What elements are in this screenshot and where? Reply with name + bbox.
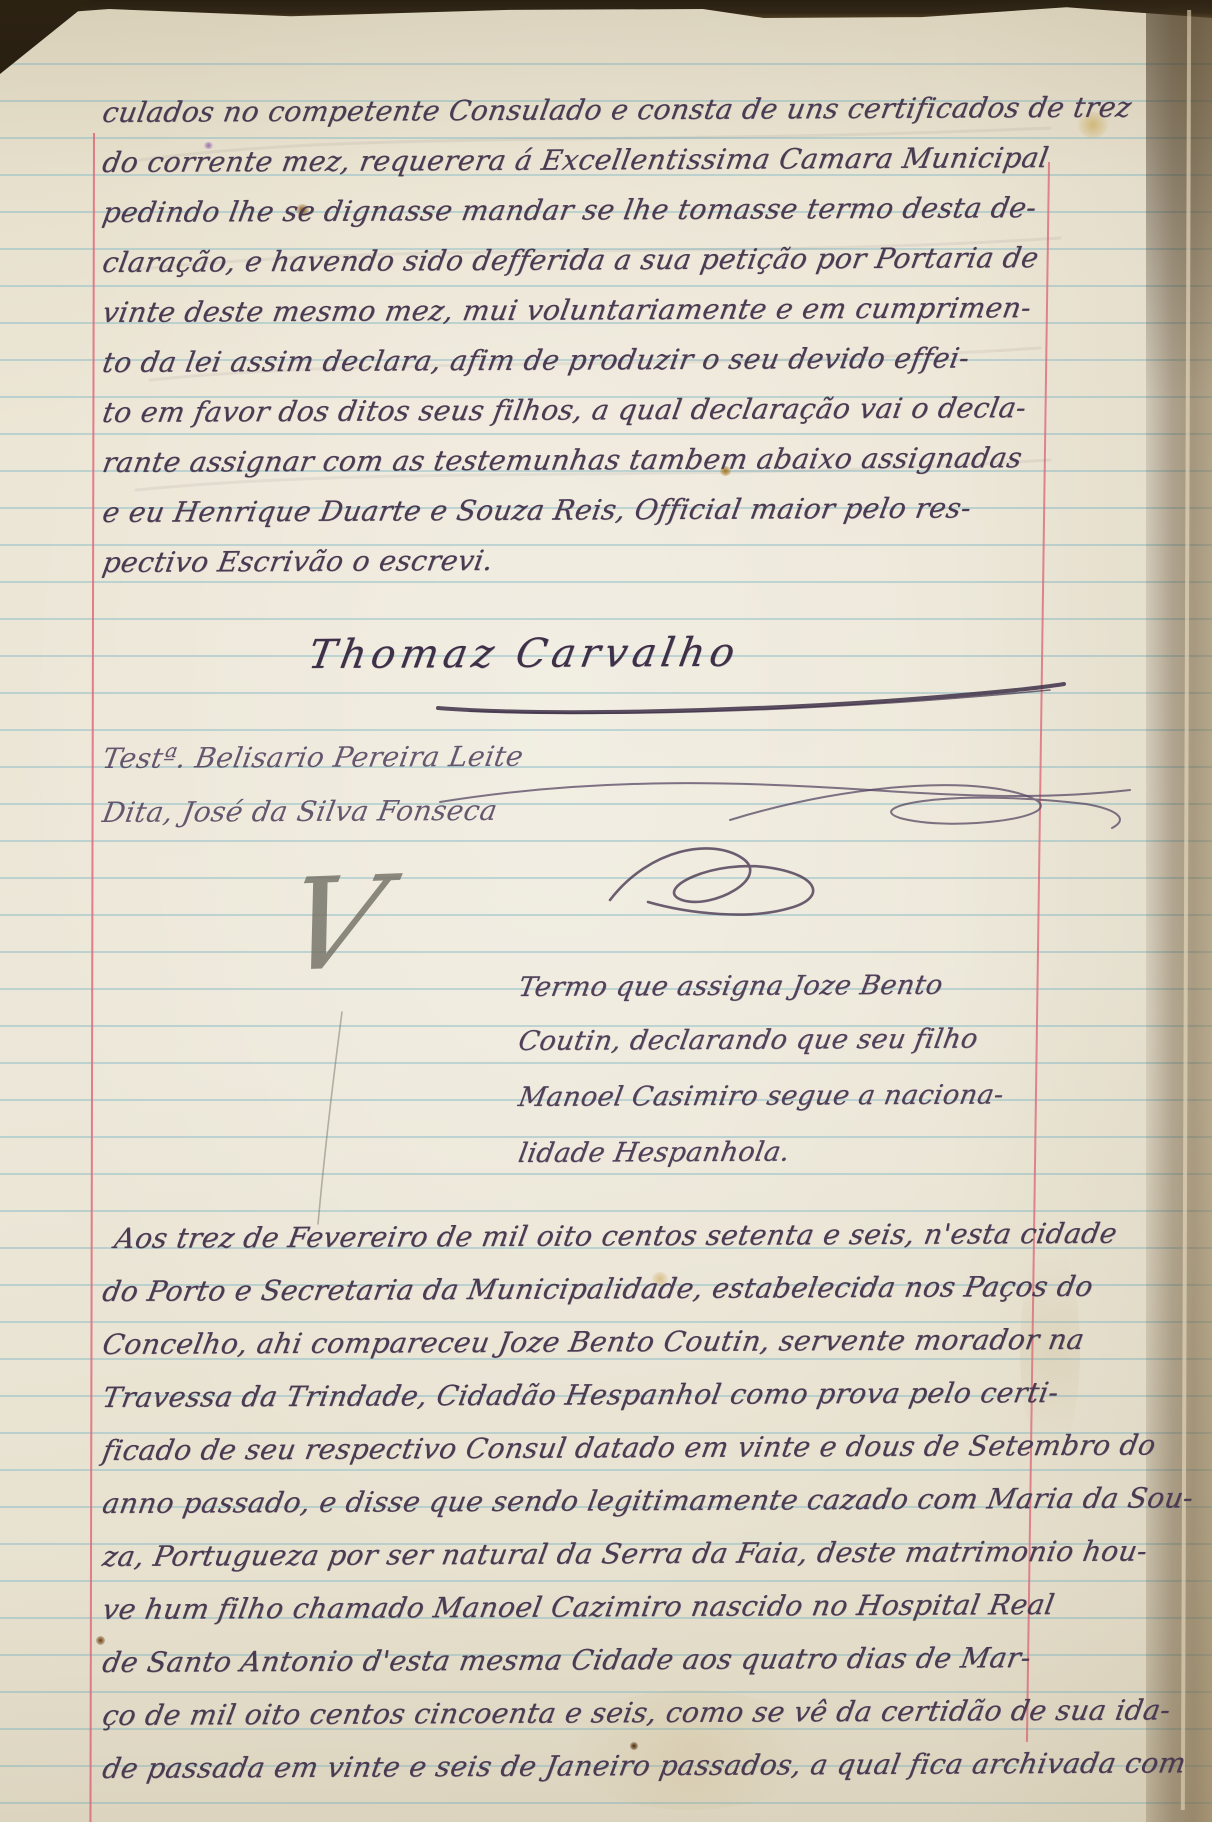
- pencil-tail-stroke: [300, 1008, 360, 1228]
- manuscript-line: e eu Henrique Duarte e Souza Reis, Offic…: [100, 491, 974, 529]
- margin-note-line: Termo que assigna Joze Bento: [516, 970, 945, 1003]
- manuscript-line: pectivo Escrivão o escrevi.: [100, 544, 496, 579]
- page-top-edge: [0, 0, 1212, 18]
- manuscript-line: de Santo Antonio d'esta mesma Cidade aos…: [100, 1641, 1034, 1679]
- manuscript-line: pedindo lhe se dignasse mandar se lhe to…: [100, 191, 1039, 229]
- page-right-edge: [1146, 0, 1212, 1822]
- manuscript-line: za, Portugueza por ser natural da Serra …: [100, 1535, 1150, 1573]
- manuscript-line: to em favor dos ditos seus filhos, a qua…: [100, 391, 1029, 429]
- manuscript-line: Travessa da Trindade, Cidadão Hespanhol …: [100, 1376, 1061, 1414]
- margin-note-line: Manoel Casimiro segue a naciona-: [516, 1079, 1006, 1113]
- manuscript-line: ço de mil oito centos cincoenta e seis, …: [100, 1693, 1173, 1732]
- manuscript-line: Concelho, ahi compareceu Joze Bento Cout…: [100, 1323, 1087, 1361]
- manuscript-line: do corrente mez, requerera á Excellentis…: [100, 141, 1051, 179]
- signature: Thomaz Carvalho: [305, 630, 743, 678]
- manuscript-line: ve hum filho chamado Manoel Cazimiro nas…: [100, 1588, 1057, 1626]
- margin-note-line: lidade Hespanhola.: [516, 1137, 792, 1169]
- ink-stain-spot: [96, 1636, 105, 1645]
- manuscript-line: de passada em vinte e seis de Janeiro pa…: [100, 1746, 1189, 1785]
- manuscript-line: do Porto e Secretaria da Municipalidade,…: [100, 1270, 1096, 1308]
- witness-line: Testª. Belisario Pereira Leite: [100, 740, 526, 775]
- manuscript-page: culados no competente Consulado e consta…: [0, 0, 1212, 1822]
- margin-note-line: Coutin, declarando que seu filho: [516, 1024, 980, 1057]
- manuscript-line: Aos trez de Fevereiro de mil oito centos…: [112, 1217, 1120, 1255]
- manuscript-line: ficado de seu respectivo Consul datado e…: [100, 1428, 1158, 1467]
- manuscript-line: to da lei assim declara, afim de produzi…: [100, 341, 972, 379]
- manuscript-line: culados no competente Consulado e consta…: [100, 91, 1134, 129]
- manuscript-line: anno passado, e disse que sendo legitima…: [100, 1481, 1196, 1520]
- signature-underline-flourish: [430, 678, 1070, 718]
- manuscript-line: vinte deste mesmo mez, mui voluntariamen…: [100, 291, 1034, 329]
- manuscript-line: rante assignar com as testemunhas tambem…: [100, 441, 1025, 479]
- manuscript-line: claração, e havendo sido defferida a sua…: [100, 241, 1041, 279]
- witness-line: Dita, José da Silva Fonseca: [100, 794, 500, 829]
- rubric-mark: [590, 828, 840, 928]
